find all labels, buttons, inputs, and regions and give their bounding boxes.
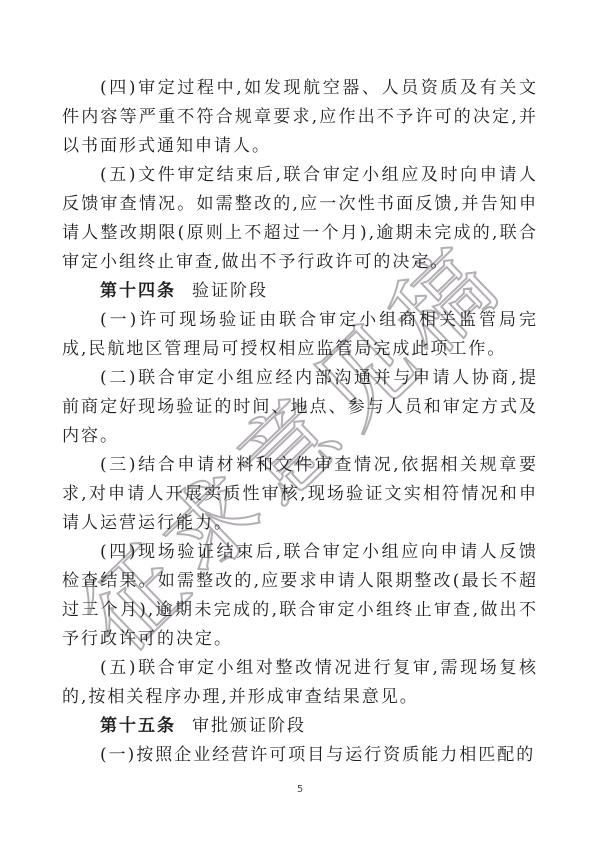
paragraph-a14-item5: (五)联合审定小组对整改情况进行复审,需现场复核的,按相关程序办理,并形成审查结…: [62, 654, 538, 712]
document-page: 征求意见稿 (四)审定过程中,如发现航空器、人员资质及有关文件内容等严重不符合规…: [0, 0, 600, 849]
article-15-number: 第十五条: [100, 716, 176, 736]
article-14-heading: 第十四条验证阶段: [62, 277, 538, 306]
paragraph-a14-item3: (三)结合申请材料和文件审查情况,依据相关规章要求,对申请人开展实质性审核,现场…: [62, 451, 538, 538]
paragraph-review-item4: (四)审定过程中,如发现航空器、人员资质及有关文件内容等严重不符合规章要求,应作…: [62, 74, 538, 161]
document-body: (四)审定过程中,如发现航空器、人员资质及有关文件内容等严重不符合规章要求,应作…: [62, 74, 538, 770]
paragraph-a15-item1: (一)按照企业经营许可项目与运行资质能力相匹配的: [62, 741, 538, 770]
paragraph-a14-item4: (四)现场验证结束后,联合审定小组应向申请人反馈检查结果。如需整改的,应要求申请…: [62, 538, 538, 654]
paragraph-review-item5: (五)文件审定结束后,联合审定小组应及时向申请人反馈审查情况。如需整改的,应一次…: [62, 161, 538, 277]
article-15-heading: 第十五条审批颁证阶段: [62, 712, 538, 741]
paragraph-a14-item1: (一)许可现场验证由联合审定小组商相关监管局完成,民航地区管理局可授权相应监管局…: [62, 306, 538, 364]
article-14-title: 验证阶段: [192, 281, 268, 301]
paragraph-a14-item2: (二)联合审定小组应经内部沟通并与申请人协商,提前商定好现场验证的时间、地点、参…: [62, 364, 538, 451]
page-number: 5: [0, 784, 600, 795]
article-15-title: 审批颁证阶段: [192, 716, 306, 736]
article-14-number: 第十四条: [100, 281, 176, 301]
